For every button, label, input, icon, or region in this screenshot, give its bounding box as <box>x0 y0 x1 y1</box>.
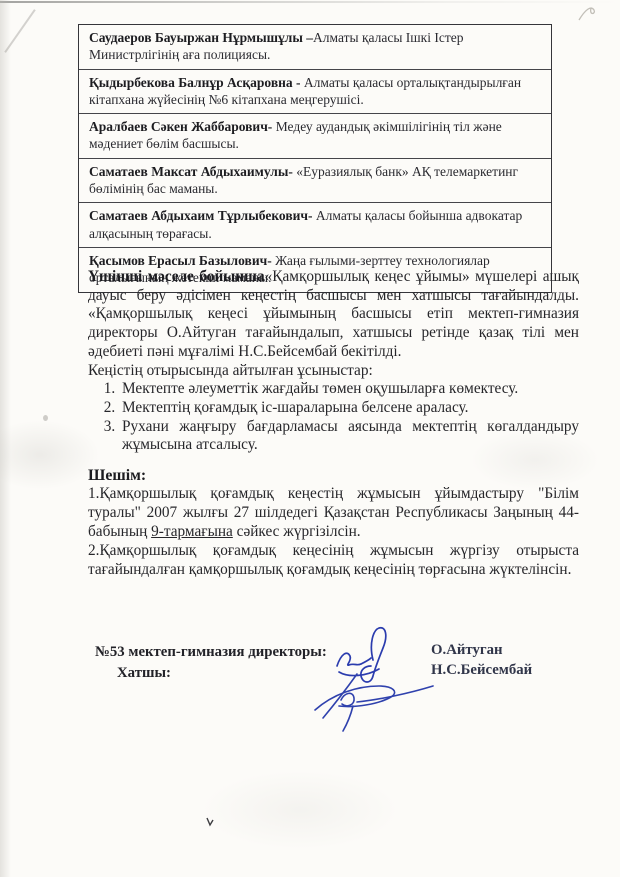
member-name: Саматаев Максат Абдыхаимулы- <box>89 164 296 179</box>
list-item: Мектептің қоғамдық іс-шараларына белсене… <box>119 399 579 418</box>
decision-item-1: 1.Қамқоршылық қоғамдық кеңестің жұмысын … <box>88 485 579 542</box>
decision-item-1-end: сәйкес жүргізілсін. <box>233 523 361 540</box>
scan-speck <box>43 415 48 421</box>
paragraph-bold-lead: Үшінші мәселе бойынша <box>88 268 265 285</box>
table-row: Саматаев Максат Абдыхаимулы- «Еуразиялық… <box>79 159 551 204</box>
signature-labels: №53 мектеп-гимназия директоры: Хатшы: <box>95 642 327 683</box>
table-row: Аралбаев Сәкен Жаббарович- Медеу ауданды… <box>79 114 551 159</box>
list-item: Мектепте әлеуметтік жағдайы төмен оқушыл… <box>119 380 579 399</box>
third-issue-paragraph: Үшінші мәселе бойынша«Қамқоршылық кеңес … <box>88 268 579 362</box>
council-members-table: Саудаеров Бауыржан Нұрмышұлы –Алматы қал… <box>78 24 552 293</box>
member-name: Саудаеров Бауыржан Нұрмышұлы – <box>89 30 313 45</box>
scan-smudge <box>200 770 400 850</box>
list-item: Рухани жаңғыру бағдарламасы аясында мект… <box>119 418 579 455</box>
director-signature <box>337 628 386 682</box>
secretary-signature <box>315 674 433 731</box>
scan-edge-top <box>0 1 620 3</box>
table-row: Саматаев Абдыхаим Тұрлыбекович- Алматы қ… <box>79 203 551 248</box>
ink-speck <box>204 816 216 828</box>
table-row: Қыдырбекова Балнұр Асқаровна - Алматы қа… <box>79 70 551 115</box>
proposals-subheading: Кеңістің отырысында айтылған ұсыныстар: <box>88 362 579 381</box>
director-name: О.Айтуган <box>431 640 532 660</box>
member-name: Саматаев Абдыхаим Тұрлыбекович- <box>89 208 316 223</box>
signature-block: №53 мектеп-гимназия директоры: Хатшы: О.… <box>0 628 620 768</box>
signature-names: О.Айтуган Н.С.Бейсембай <box>431 640 532 680</box>
pencil-mark <box>573 2 607 24</box>
decision-section: Шешім: 1.Қамқоршылық қоғамдық кеңестің ж… <box>88 466 579 580</box>
table-row: Саудаеров Бауыржан Нұрмышұлы –Алматы қал… <box>79 25 551 70</box>
decision-item-2: 2.Қамқоршылық қоғамдық кеңесінің жұмысын… <box>88 542 579 580</box>
decision-heading: Шешім: <box>88 466 579 485</box>
scan-smudge <box>0 420 100 490</box>
proposals-list: Мектепте әлеуметтік жағдайы төмен оқушыл… <box>88 380 579 455</box>
secretary-name: Н.С.Бейсембай <box>431 660 532 680</box>
decision-item-1-underlined: 9-тармағына <box>151 523 233 540</box>
member-name: Қыдырбекова Балнұр Асқаровна - <box>89 75 304 90</box>
third-issue-section: Үшінші мәселе бойынша«Қамқоршылық кеңес … <box>88 268 579 455</box>
member-name: Аралбаев Сәкен Жаббарович- <box>89 119 276 134</box>
member-name: Қасымов Ерасыл Базылович- <box>89 253 275 268</box>
director-label: №53 мектеп-гимназия директоры: <box>95 642 327 663</box>
